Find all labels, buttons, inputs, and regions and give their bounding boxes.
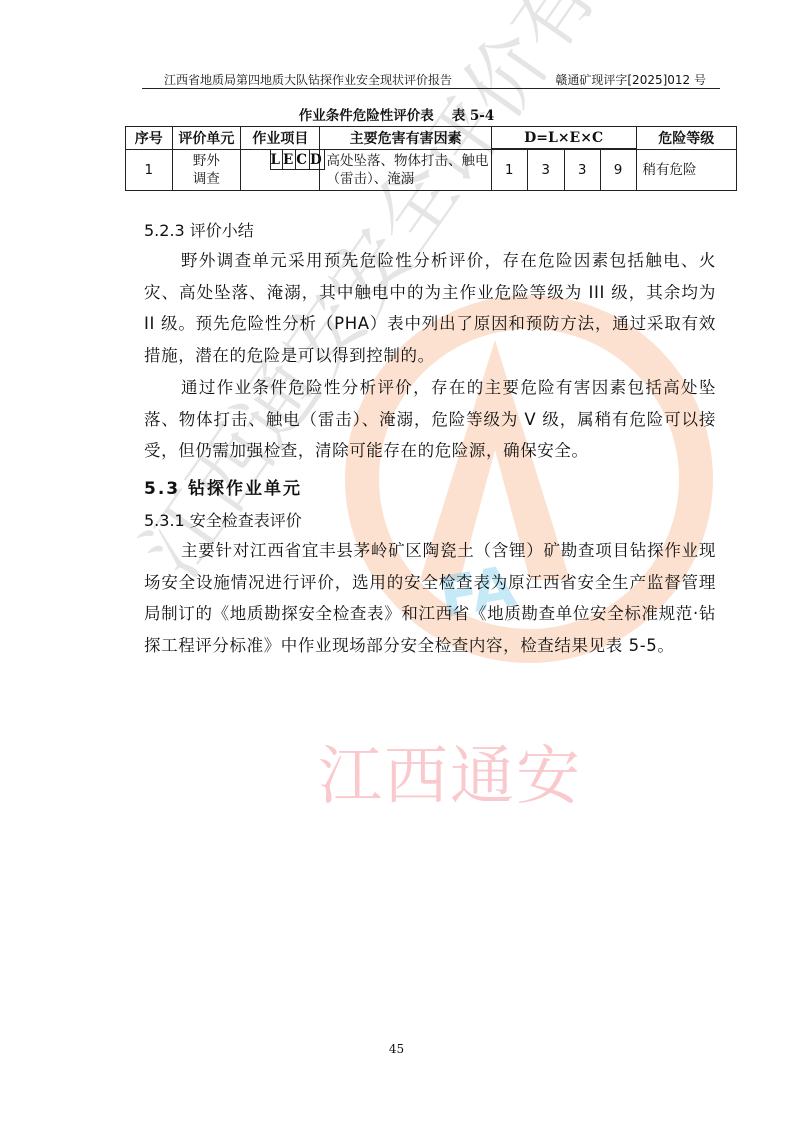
header-report-title: 江西省地质局第四地质大队钻探作业安全现状评价报告 [164, 71, 452, 88]
header-hazard: 主要危害有害因素 [320, 127, 491, 150]
section-heading-5-3-1: 5.3.1 安全检查表评价 [144, 508, 302, 531]
section-heading-5-3: 5.3 钻探作业单元 [144, 474, 302, 499]
table-caption: 作业条件危险性评价表表 5-4 [0, 104, 793, 124]
paragraph-5-2-3-pha: 野外调查单元采用预先危险性分析评价，存在危险因素包括触电、火灾、高处坠落、淹溺，… [144, 245, 716, 371]
table-subheader-row: L E C D [270, 149, 325, 170]
header-E: E [283, 150, 296, 170]
table-caption-number: 表 5-4 [452, 108, 495, 124]
cell-C: 3 [564, 150, 600, 191]
header-D: D [310, 150, 325, 170]
header-item: 作业项目 [241, 127, 320, 150]
table-header-row: 序号 评价单元 作业项目 主要危害有害因素 D=L×E×C 危险等级 [126, 127, 737, 149]
cell-hazard: 高处坠落、物体打击、触电 （雷击）、淹溺 [320, 150, 491, 191]
page-header: 江西省地质局第四地质大队钻探作业安全现状评价报告 赣通矿现评字[2025]012… [142, 68, 720, 89]
header-seq: 序号 [126, 127, 173, 150]
header-formula: D=L×E×C [491, 127, 636, 149]
document-page: FA 江西通安安全评价有限公司 江西通安 江西省地质局第四地质大队钻探作业安全现… [0, 0, 793, 1122]
header-unit: 评价单元 [172, 127, 241, 150]
cell-D: 9 [600, 150, 636, 191]
header-document-number: 赣通矿现评字[2025]012 号 [555, 71, 706, 88]
page-number: 45 [0, 1042, 793, 1056]
risk-evaluation-table: 序号 评价单元 作业项目 主要危害有害因素 D=L×E×C 危险等级 L E C… [125, 126, 737, 191]
cell-E: 3 [527, 150, 564, 191]
cell-hazard-line2: （雷击）、淹溺 [326, 170, 490, 188]
cell-level: 稍有危险 [636, 150, 736, 191]
header-L: L [270, 150, 283, 170]
cell-unit-line1: 野外 [173, 152, 241, 170]
cell-L: 1 [491, 150, 527, 191]
cell-unit-line2: 调查 [173, 170, 241, 188]
header-level: 危险等级 [636, 127, 736, 150]
cell-seq: 1 [126, 150, 173, 191]
header-C: C [296, 150, 310, 170]
cell-hazard-line1: 高处坠落、物体打击、触电 [326, 152, 490, 170]
section-heading-5-2-3: 5.2.3 评价小结 [144, 218, 254, 241]
paragraph-5-3-1: 主要针对江西省宜丰县茅岭矿区陶瓷土（含锂）矿勘查项目钻探作业现场安全设施情况进行… [144, 535, 716, 661]
cell-unit: 野外 调查 [172, 150, 241, 191]
table-row: 1 野外 调查 高处坠落、物体打击、触电 （雷击）、淹溺 1 3 3 9 稍有危… [126, 150, 737, 191]
paragraph-5-2-3-lec: 通过作业条件危险性分析评价，存在的主要危险有害因素包括高处坠落、物体打击、触电（… [144, 372, 716, 467]
watermark-brand-text: 江西通安 [318, 725, 582, 817]
table-caption-title: 作业条件危险性评价表 [299, 108, 434, 124]
